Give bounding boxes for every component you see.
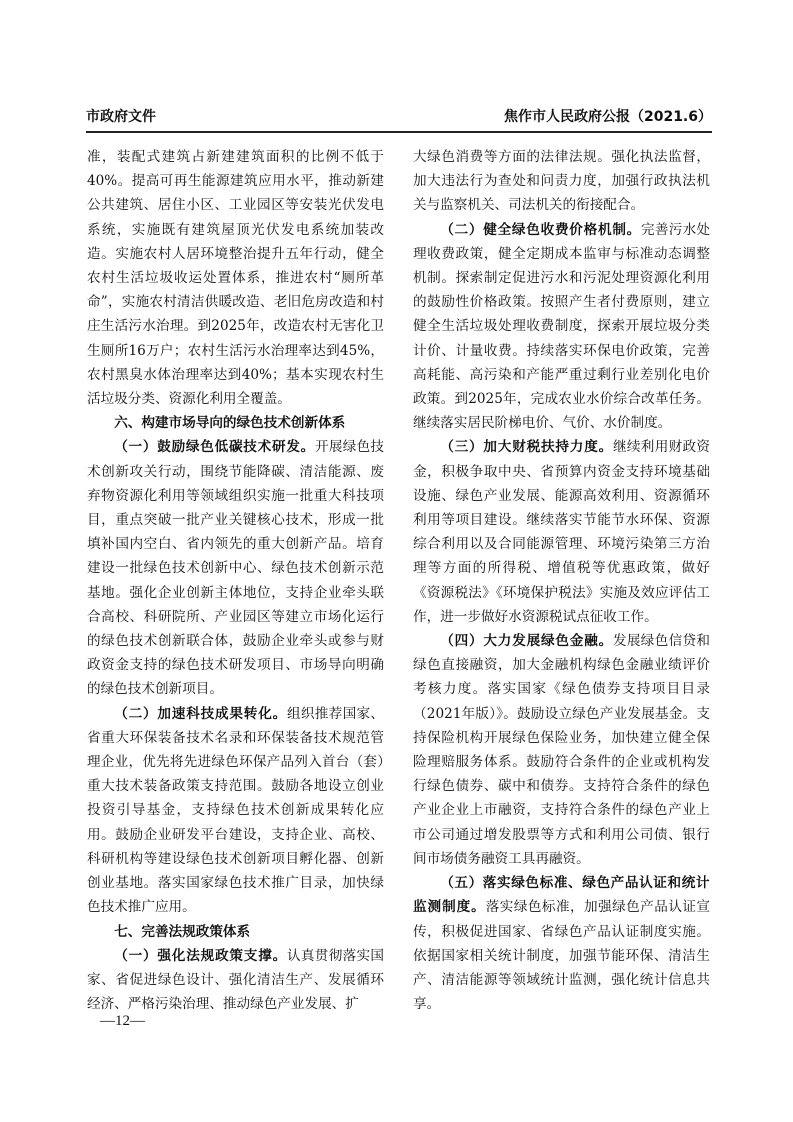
section-heading-6: 六、构建市场导向的绿色技术创新体系 (87, 411, 384, 435)
section-heading-7: 七、完善法规政策体系 (87, 920, 384, 944)
subsection-title: （四）大力发展绿色金融。 (440, 633, 613, 649)
subsection-title: （一）强化法规政策支撑。 (114, 948, 287, 964)
right-column: 大绿色消费等方面的法律法规。强化执法监督，加大违法行为查处和问责力度，加强行政执… (413, 145, 710, 1016)
running-header: 市政府文件 焦作市人民政府公报（2021.6） (86, 106, 712, 130)
paragraph-body: 组织推荐国家、省重大环保装备技术名录和环保装备技术规范管理企业，优先将先进绿色环… (87, 706, 384, 916)
subsection-title: （一）鼓励绿色低碳技术研发。 (114, 439, 315, 455)
paragraph: 准，装配式建筑占新建建筑面积的比例不低于40%。提高可再生能源建筑应用水平，推动… (87, 145, 384, 411)
paragraph: （一）强化法规政策支撑。认真贯彻落实国家、省促进绿色设计、强化清洁生产、发展循环… (87, 944, 384, 1017)
paragraph-body: 继续利用财政资金，积极争取中央、省预算内资金支持环境基础设施、绿色产业发展、能源… (413, 439, 710, 624)
header-section-label: 市政府文件 (86, 106, 156, 126)
left-column: 准，装配式建筑占新建建筑面积的比例不低于40%。提高可再生能源建筑应用水平，推动… (87, 145, 384, 1016)
paragraph: （五）落实绿色标准、绿色产品认证和统计监测制度。落实绿色标准，加强绿色产品认证宣… (413, 871, 710, 1016)
paragraph: （四）大力发展绿色金融。发展绿色信贷和绿色直接融资，加大金融机构绿色金融业绩评价… (413, 629, 710, 871)
paragraph-body: 开展绿色技术创新攻关行动，围绕节能降碳、清洁能源、废弃物资源化利用等领域组织实施… (87, 439, 384, 697)
paragraph: （二）加速科技成果转化。组织推荐国家、省重大环保装备技术名录和环保装备技术规范管… (87, 702, 384, 920)
paragraph: 大绿色消费等方面的法律法规。强化执法监督，加大违法行为查处和问责力度，加强行政执… (413, 145, 710, 218)
header-publication-title: 焦作市人民政府公报（2021.6） (504, 106, 712, 126)
paragraph-body: 发展绿色信贷和绿色直接融资，加大金融机构绿色金融业绩评价考核力度。落实国家《绿色… (413, 633, 710, 867)
paragraph: （三）加大财税扶持力度。继续利用财政资金，积极争取中央、省预算内资金支持环境基础… (413, 435, 710, 629)
subsection-title: （三）加大财税扶持力度。 (440, 439, 613, 455)
paragraph: （二）健全绿色收费价格机制。完善污水处理收费政策，健全定期成本监审与标准动态调整… (413, 218, 710, 436)
paragraph: （一）鼓励绿色低碳技术研发。开展绿色技术创新攻关行动，围绕节能降碳、清洁能源、废… (87, 435, 384, 701)
subsection-title: （二）加速科技成果转化。 (114, 706, 287, 722)
page-number: —12— (100, 1013, 145, 1030)
paragraph-body: 完善污水处理收费政策，健全定期成本监审与标准动态调整机制。探索制定促进污水和污泥… (413, 222, 710, 432)
header-divider (86, 131, 712, 133)
paragraph-body: 落实绿色标准，加强绿色产品认证宣传，积极促进国家、省绿色产品认证制度实施。依据国… (413, 899, 710, 1012)
subsection-title: （二）健全绿色收费价格机制。 (440, 222, 641, 238)
